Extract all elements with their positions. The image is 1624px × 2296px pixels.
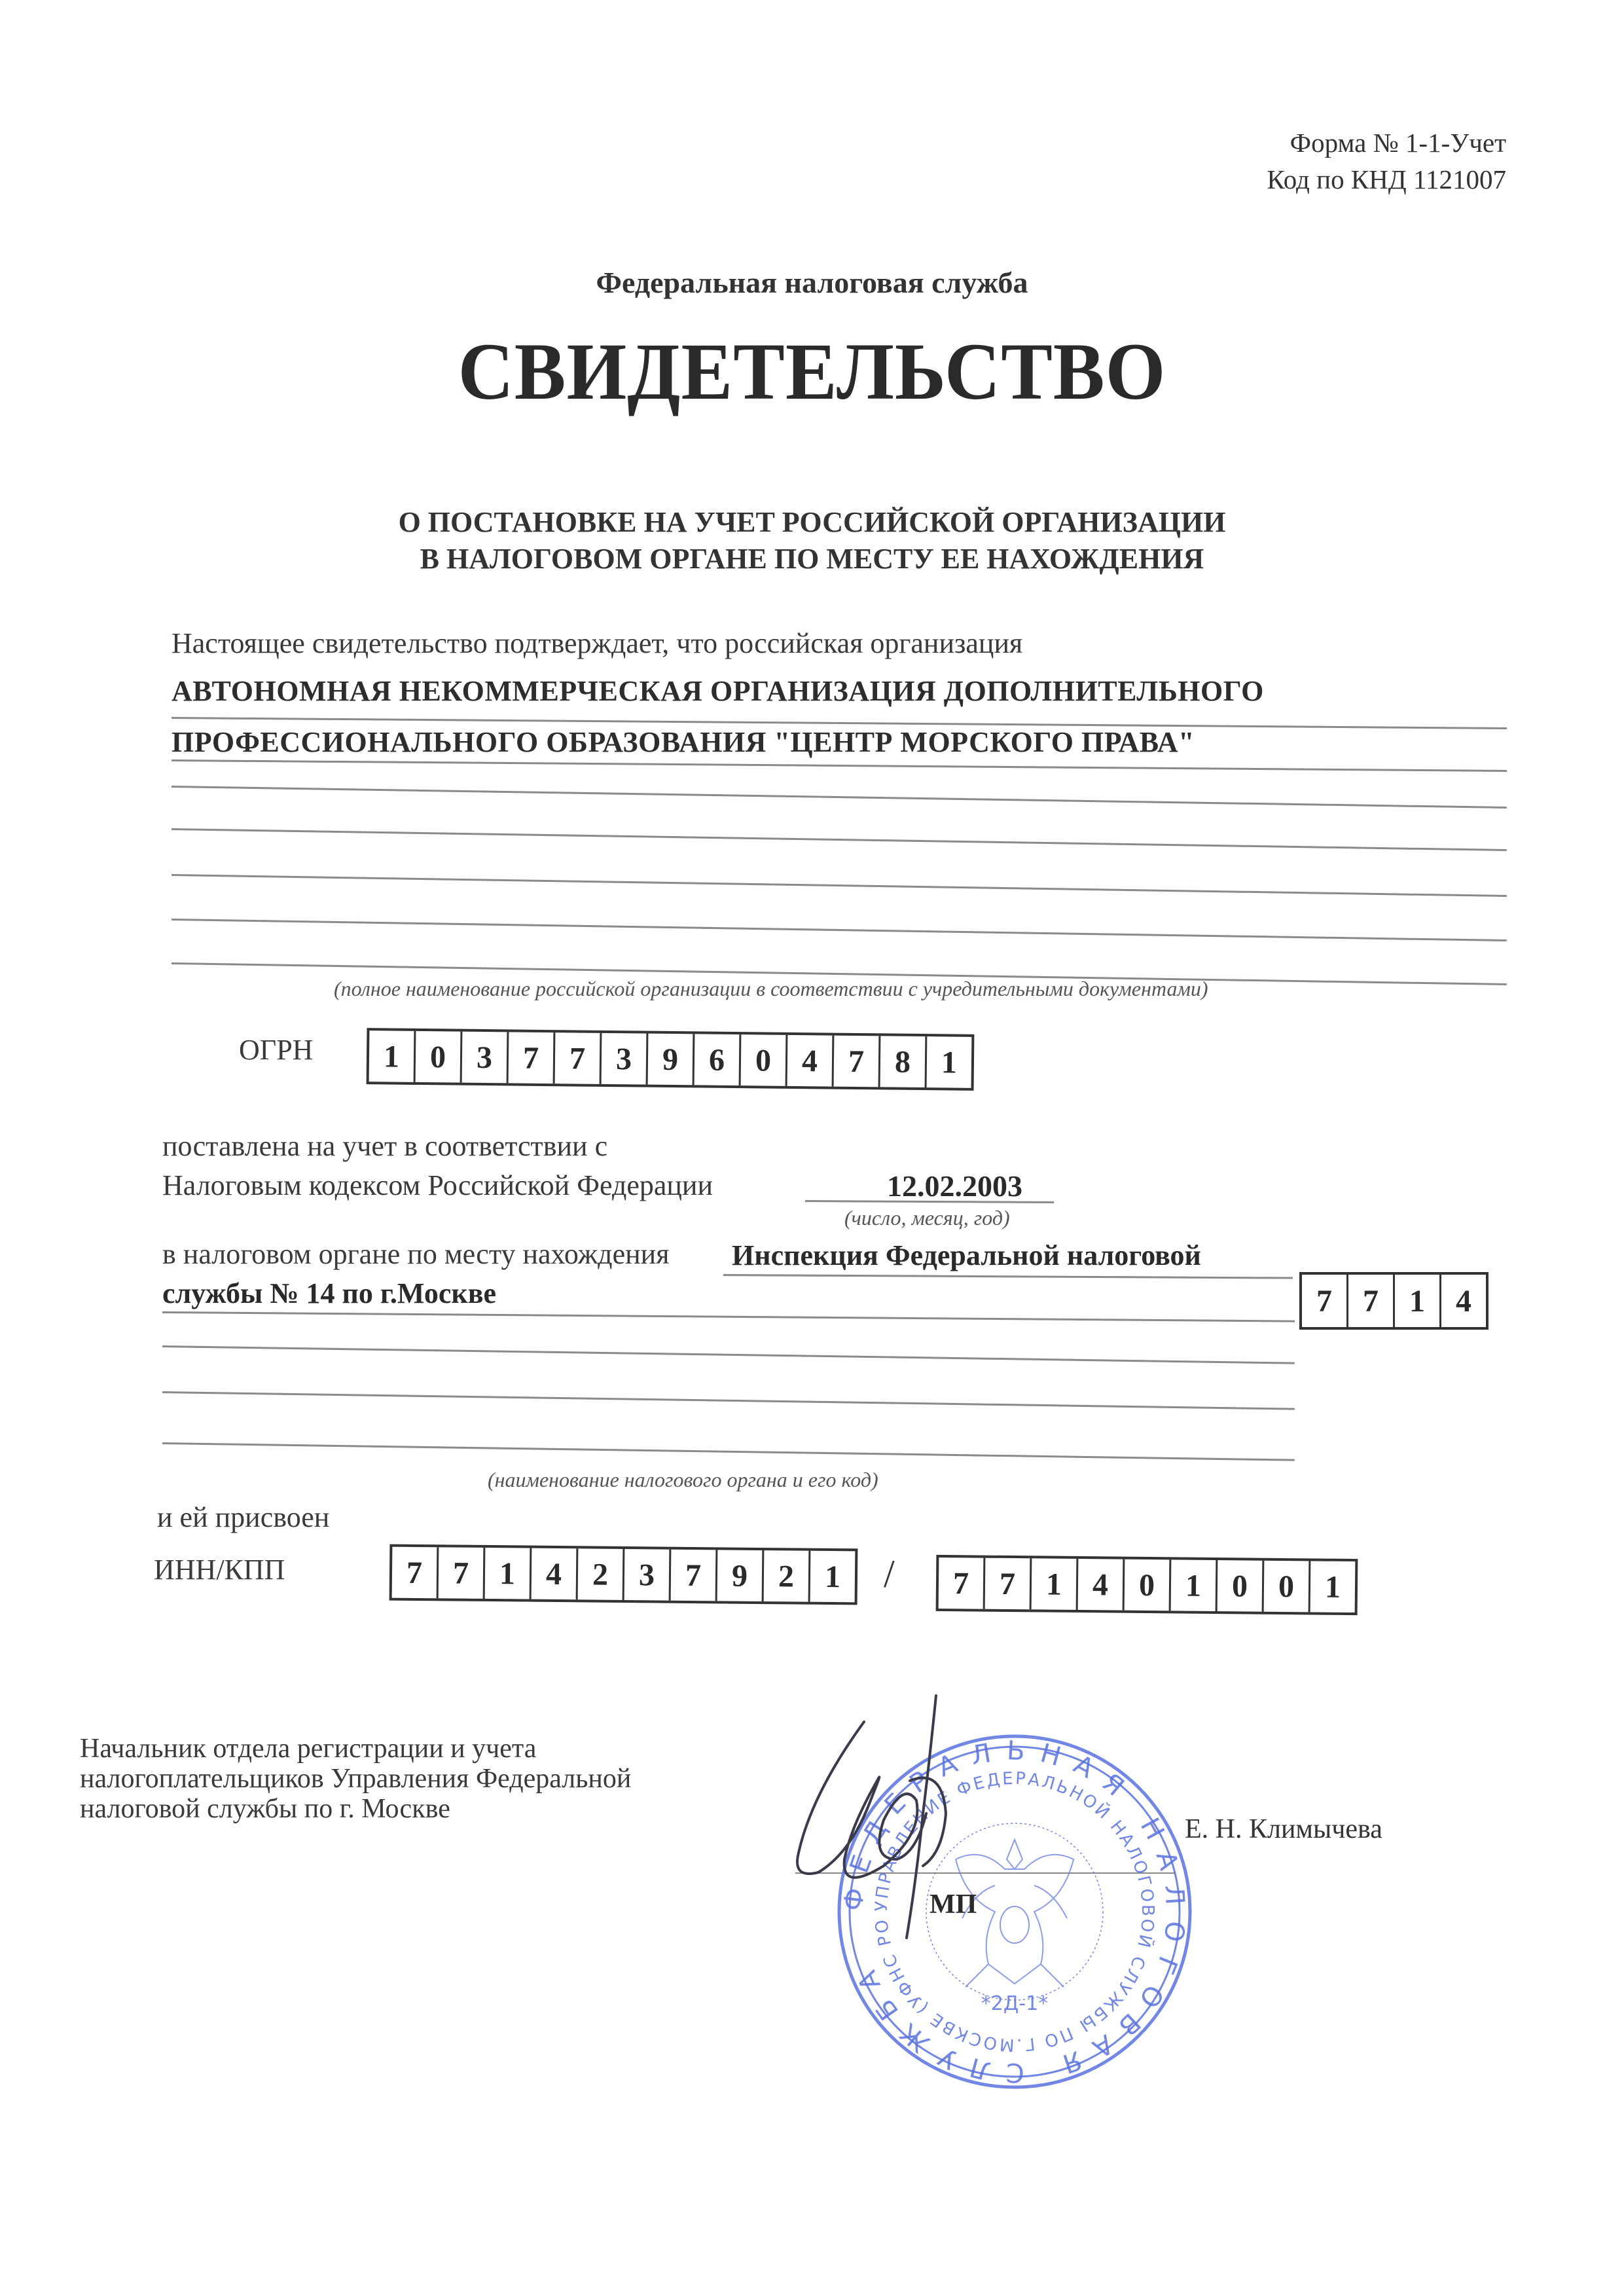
digit-cell: 1	[1169, 1559, 1216, 1611]
digit-cell: 3	[600, 1033, 647, 1085]
digit-cell: 0	[1123, 1559, 1170, 1611]
digit-cell: 1	[925, 1036, 972, 1088]
org-name-caption: (полное наименование российской организа…	[334, 977, 1208, 1001]
blank-line	[162, 1391, 1295, 1410]
issuer-name: Федеральная налоговая служба	[0, 265, 1624, 300]
ogrn-digit-box: 1037739604781	[367, 1028, 975, 1091]
blank-line	[171, 786, 1507, 809]
date-caption: (число, месяц, год)	[844, 1206, 1010, 1230]
divider	[723, 1274, 1293, 1279]
digit-cell: 7	[669, 1550, 716, 1601]
digit-cell: 1	[483, 1548, 530, 1599]
digit-cell: 4	[1076, 1559, 1123, 1611]
digit-cell: 9	[715, 1550, 763, 1601]
blank-line	[171, 919, 1507, 941]
document-title: СВИДЕТЕЛЬСТВО	[0, 325, 1624, 419]
digit-cell: 9	[646, 1034, 693, 1085]
authority-name-line-2: службы № 14 по г.Москве	[162, 1277, 496, 1310]
digit-cell: 8	[878, 1036, 926, 1087]
digit-cell: 0	[1262, 1561, 1309, 1613]
registration-text-1: поставлена на учет в соответствии с	[162, 1129, 607, 1163]
knd-code: Код по КНД 1121007	[1267, 161, 1506, 198]
seal-mark: МП	[929, 1889, 977, 1920]
blank-line	[171, 874, 1507, 897]
digit-cell: 7	[1302, 1275, 1346, 1327]
blank-line	[162, 1442, 1295, 1461]
authority-code-box: 7714	[1299, 1272, 1489, 1330]
inn-kpp-label: ИНН/КПП	[154, 1553, 285, 1586]
signer-position-line-3: налоговой службы по г. Москве	[80, 1794, 631, 1824]
digit-cell: 6	[693, 1034, 740, 1085]
blank-line	[162, 1345, 1295, 1364]
assigned-text: и ей присвоен	[157, 1501, 329, 1534]
inn-digit-box: 7714237921	[389, 1544, 858, 1605]
digit-cell: 7	[392, 1547, 437, 1599]
digit-cell: 0	[1216, 1560, 1263, 1612]
subtitle-line-1: О ПОСТАНОВКЕ НА УЧЕТ РОССИЙСКОЙ ОРГАНИЗА…	[0, 504, 1624, 541]
digit-cell: 7	[939, 1558, 984, 1609]
org-name-line-1: АВТОНОМНАЯ НЕКОММЕРЧЕСКАЯ ОРГАНИЗАЦИЯ ДО…	[171, 674, 1264, 708]
signer-position-line-2: налогоплательщиков Управления Федерально…	[80, 1764, 631, 1794]
digit-cell: 7	[832, 1036, 879, 1087]
digit-cell: 1	[1308, 1561, 1356, 1613]
digit-cell: 4	[785, 1035, 833, 1087]
kpp-digit-box: 771401001	[936, 1555, 1358, 1615]
intro-text: Настоящее свидетельство подтверждает, чт…	[171, 627, 1022, 660]
ogrn-label: ОГРН	[239, 1033, 313, 1066]
digit-cell: 7	[507, 1032, 554, 1084]
blank-line	[171, 828, 1507, 851]
digit-cell: 1	[1030, 1558, 1077, 1610]
digit-cell: 1	[808, 1551, 856, 1603]
digit-cell: 0	[414, 1031, 461, 1083]
inn-kpp-separator: /	[884, 1552, 895, 1597]
digit-cell: 4	[530, 1548, 577, 1600]
form-meta: Форма № 1-1-Учет Код по КНД 1121007	[1267, 124, 1506, 198]
digit-cell: 7	[983, 1558, 1030, 1610]
digit-cell: 3	[623, 1549, 670, 1601]
digit-cell: 0	[739, 1034, 786, 1086]
digit-cell: 4	[1439, 1275, 1486, 1327]
org-name-line-2: ПРОФЕССИОНАЛЬНОГО ОБРАЗОВАНИЯ "ЦЕНТР МОР…	[171, 725, 1195, 759]
authority-caption: (наименование налогового органа и его ко…	[488, 1468, 878, 1492]
registration-date: 12.02.2003	[887, 1169, 1022, 1203]
divider	[162, 1311, 1295, 1322]
digit-cell: 2	[762, 1550, 809, 1602]
divider	[171, 759, 1507, 772]
signer-position-line-1: Начальник отдела регистрации и учета	[80, 1734, 631, 1764]
authority-intro: в налоговом органе по месту нахождения	[162, 1237, 669, 1271]
stamp-code: *2Д-1*	[981, 1992, 1048, 2015]
form-number: Форма № 1-1-Учет	[1267, 124, 1506, 161]
digit-cell: 1	[369, 1030, 414, 1082]
authority-name-line-1: Инспекция Федеральной налоговой	[732, 1239, 1201, 1272]
digit-cell: 7	[553, 1032, 600, 1084]
digit-cell: 1	[1393, 1275, 1439, 1327]
digit-cell: 7	[1346, 1275, 1393, 1327]
digit-cell: 7	[437, 1547, 484, 1599]
signer-position: Начальник отдела регистрации и учета нал…	[80, 1734, 631, 1824]
digit-cell: 2	[576, 1548, 623, 1600]
registration-text-2: Налоговым кодексом Российской Федерации	[162, 1169, 713, 1202]
subtitle-line-2: В НАЛОГОВОМ ОРГАНЕ ПО МЕСТУ ЕЕ НАХОЖДЕНИ…	[0, 541, 1624, 577]
signer-name: Е. Н. Климычева	[1185, 1813, 1382, 1845]
digit-cell: 3	[460, 1032, 507, 1084]
document-subtitle: О ПОСТАНОВКЕ НА УЧЕТ РОССИЙСКОЙ ОРГАНИЗА…	[0, 504, 1624, 577]
